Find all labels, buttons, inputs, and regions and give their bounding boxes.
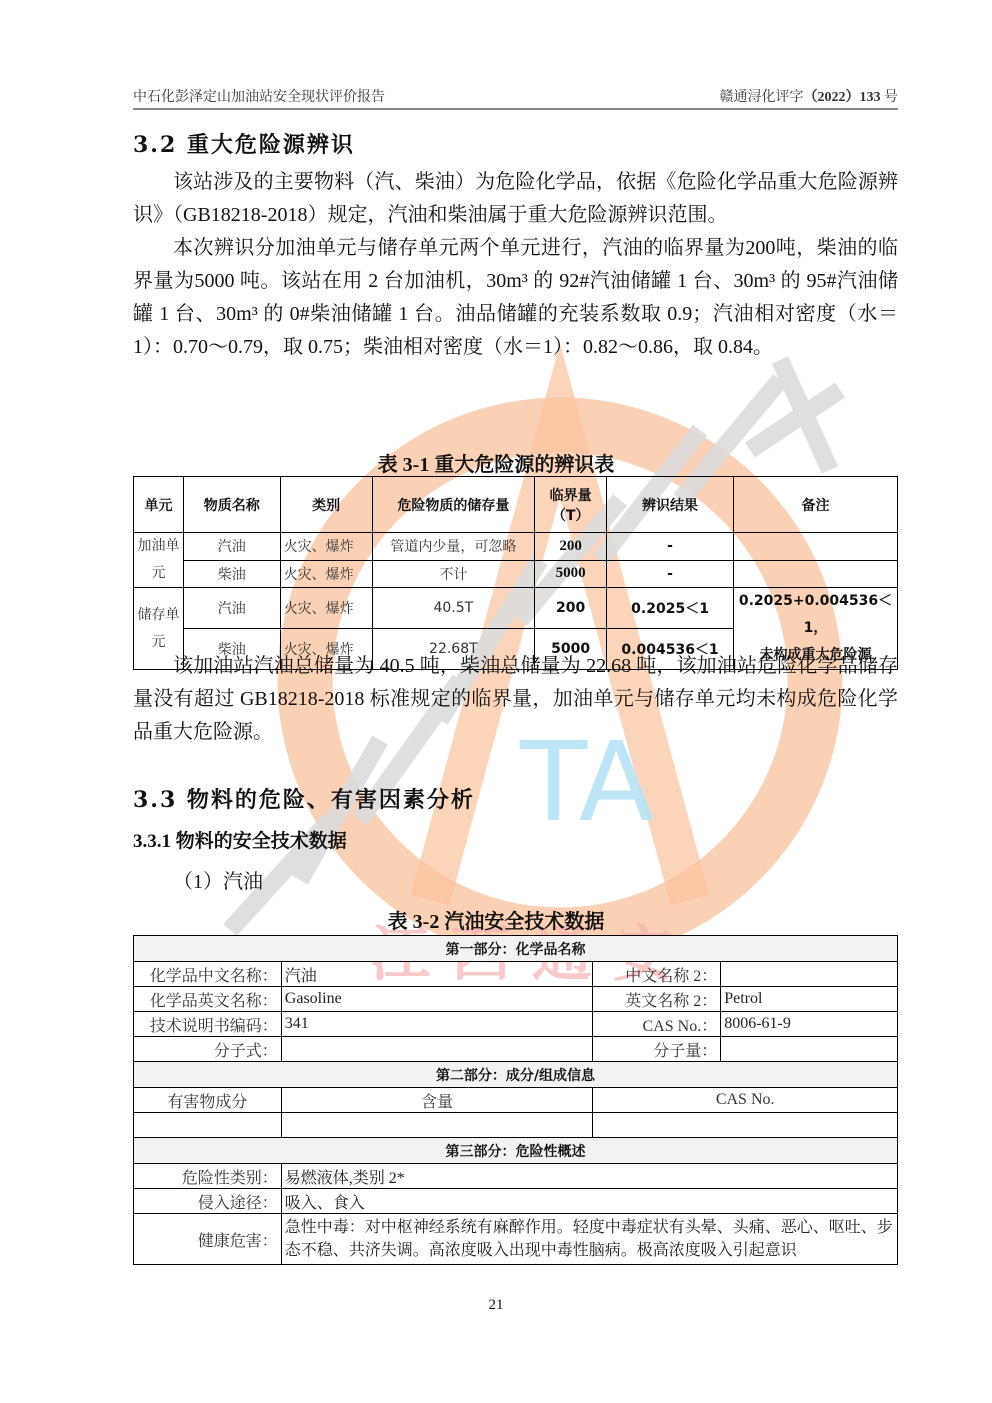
hazard-class-value: 易燃液体,类别 2* bbox=[281, 1164, 897, 1189]
mol-weight-label: 分子量： bbox=[593, 1037, 721, 1062]
cn-name2-label: 中文名称 2： bbox=[593, 962, 721, 987]
paragraph: 本次辨识分加油单元与储存单元两个单元进行，汽油的临界量为200吨，柴油的临界量为… bbox=[133, 232, 898, 364]
section-row: 第三部分：危险性概述 bbox=[134, 1138, 898, 1164]
formula-label: 分子式： bbox=[134, 1037, 282, 1062]
table-row: 侵入途径： 吸入、食入 bbox=[134, 1189, 898, 1214]
hazardous-component-header: 有害物成分 bbox=[134, 1088, 282, 1113]
spec-code-label: 技术说明书编码： bbox=[134, 1012, 282, 1037]
table-row: 有害物成分 含量 CAS No. bbox=[134, 1088, 898, 1113]
paragraph: 该加油站汽油总储量为 40.5 吨，柴油总储量为 22.68 吨，该加油站危险化… bbox=[133, 650, 898, 749]
health-hazard-label: 健康危害： bbox=[134, 1214, 282, 1265]
storage-cell: 40.5T bbox=[372, 588, 535, 629]
result-cell: - bbox=[607, 560, 734, 588]
unit-cell: 加油单元 bbox=[134, 533, 184, 588]
gasoline-safety-data-table: 第一部分：化学品名称 化学品中文名称： 汽油 中文名称 2： 化学品英文名称： … bbox=[133, 935, 898, 1265]
table-row: 加油单元 汽油 火灾、爆炸 管道内少量，可忽略 200 - bbox=[134, 533, 898, 561]
en-name2-label: 英文名称 2： bbox=[593, 987, 721, 1012]
critical-cell: 5000 bbox=[535, 560, 607, 588]
table-row: 技术说明书编码： 341 CAS No.： 8006-61-9 bbox=[134, 1012, 898, 1037]
part-3-title: 第三部分：危险性概述 bbox=[134, 1138, 898, 1164]
cn-name-value: 汽油 bbox=[281, 962, 593, 987]
item-gasoline-heading: （1）汽油 bbox=[173, 865, 263, 894]
result-cell: 0.2025＜1 bbox=[607, 588, 734, 629]
section-3-3-1-heading: 3.3.1 物料的安全技术数据 bbox=[133, 826, 347, 853]
cas-header: CAS No. bbox=[593, 1088, 898, 1113]
critical-cell: 200 bbox=[535, 533, 607, 561]
hazard-class-label: 危险性类别： bbox=[134, 1164, 282, 1189]
content-header: 含量 bbox=[281, 1088, 593, 1113]
cn-name2-value bbox=[721, 962, 898, 987]
table-3-2-caption: 表 3-2 汽油安全技术数据 bbox=[0, 905, 992, 934]
page-header: 中石化彭泽定山加油站安全现状评价报告 赣通浔化评字（2022）133 号 bbox=[133, 86, 898, 110]
component-cell bbox=[134, 1113, 282, 1138]
page-number: 21 bbox=[0, 1297, 992, 1314]
exposure-route-label: 侵入途径： bbox=[134, 1189, 282, 1214]
category-cell: 火灾、爆炸 bbox=[280, 560, 372, 588]
section-row: 第一部分：化学品名称 bbox=[134, 936, 898, 962]
section-3-2-conclusion: 该加油站汽油总储量为 40.5 吨，柴油总储量为 22.68 吨，该加油站危险化… bbox=[133, 650, 898, 749]
critical-cell: 200 bbox=[535, 588, 607, 629]
note-cell bbox=[733, 560, 897, 588]
en-name-label: 化学品英文名称： bbox=[134, 987, 282, 1012]
storage-cell: 不计 bbox=[372, 560, 535, 588]
cas-value: 8006-61-9 bbox=[721, 1012, 898, 1037]
cas-cell bbox=[593, 1113, 898, 1138]
section-row: 第二部分：成分/组成信息 bbox=[134, 1062, 898, 1088]
table-row: 化学品英文名称： Gasoline 英文名称 2： Petrol bbox=[134, 987, 898, 1012]
col-critical: 临界量（T） bbox=[535, 477, 607, 533]
part-1-title: 第一部分：化学品名称 bbox=[134, 936, 898, 962]
document-page: TA 江 西 通 安 中石化彭泽定山加油站安全现状评价报告 赣通浔化评字（202… bbox=[0, 0, 992, 1403]
note-cell bbox=[733, 533, 897, 561]
table-header-row: 单元 物质名称 类别 危险物质的储存量 临界量（T） 辨识结果 备注 bbox=[134, 477, 898, 533]
part-2-title: 第二部分：成分/组成信息 bbox=[134, 1062, 898, 1088]
mol-weight-value bbox=[721, 1037, 898, 1062]
col-result: 辨识结果 bbox=[607, 477, 734, 533]
category-cell: 火灾、爆炸 bbox=[280, 533, 372, 561]
table-3-1-caption: 表 3-1 重大危险源的辨识表 bbox=[0, 448, 992, 477]
content-cell bbox=[281, 1113, 593, 1138]
cas-label: CAS No.： bbox=[593, 1012, 721, 1037]
table-row: 分子式： 分子量： bbox=[134, 1037, 898, 1062]
table-row: 柴油 火灾、爆炸 不计 5000 - bbox=[134, 560, 898, 588]
col-category: 类别 bbox=[280, 477, 372, 533]
section-3-2-heading: 3.2 重大危险源辨识 bbox=[133, 128, 355, 159]
formula-value bbox=[281, 1037, 593, 1062]
table-row: 储存单元 汽油 火灾、爆炸 40.5T 200 0.2025＜1 0.2025+… bbox=[134, 588, 898, 629]
storage-cell: 管道内少量，可忽略 bbox=[372, 533, 535, 561]
cn-name-label: 化学品中文名称： bbox=[134, 962, 282, 987]
en-name2-value: Petrol bbox=[721, 987, 898, 1012]
table-row: 健康危害： 急性中毒：对中枢神经系统有麻醉作用。轻度中毒症状有头晕、头痛、恶心、… bbox=[134, 1214, 898, 1265]
section-3-2-body: 该站涉及的主要物料（汽、柴油）为危险化学品，依据《危险化学品重大危险源辨识》（G… bbox=[133, 166, 898, 364]
en-name-value: Gasoline bbox=[281, 987, 593, 1012]
spec-code-value: 341 bbox=[281, 1012, 593, 1037]
table-row: 危险性类别： 易燃液体,类别 2* bbox=[134, 1164, 898, 1189]
health-hazard-value: 急性中毒：对中枢神经系统有麻醉作用。轻度中毒症状有头晕、头痛、恶心、呕吐、步态不… bbox=[281, 1214, 897, 1265]
hazard-identification-table: 单元 物质名称 类别 危险物质的储存量 临界量（T） 辨识结果 备注 加油单元 … bbox=[133, 476, 898, 670]
col-substance: 物质名称 bbox=[183, 477, 280, 533]
report-number: 赣通浔化评字（2022）133 号 bbox=[720, 86, 899, 106]
category-cell: 火灾、爆炸 bbox=[280, 588, 372, 629]
exposure-route-value: 吸入、食入 bbox=[281, 1189, 897, 1214]
paragraph: 该站涉及的主要物料（汽、柴油）为危险化学品，依据《危险化学品重大危险源辨识》（G… bbox=[133, 166, 898, 232]
col-storage: 危险物质的储存量 bbox=[372, 477, 535, 533]
result-cell: - bbox=[607, 533, 734, 561]
report-title: 中石化彭泽定山加油站安全现状评价报告 bbox=[133, 86, 385, 106]
col-note: 备注 bbox=[733, 477, 897, 533]
col-unit: 单元 bbox=[134, 477, 184, 533]
substance-cell: 汽油 bbox=[183, 533, 280, 561]
section-3-3-heading: 3.3 物料的危险、有害因素分析 bbox=[133, 783, 475, 814]
table-row: 化学品中文名称： 汽油 中文名称 2： bbox=[134, 962, 898, 987]
table-row bbox=[134, 1113, 898, 1138]
substance-cell: 汽油 bbox=[183, 588, 280, 629]
substance-cell: 柴油 bbox=[183, 560, 280, 588]
